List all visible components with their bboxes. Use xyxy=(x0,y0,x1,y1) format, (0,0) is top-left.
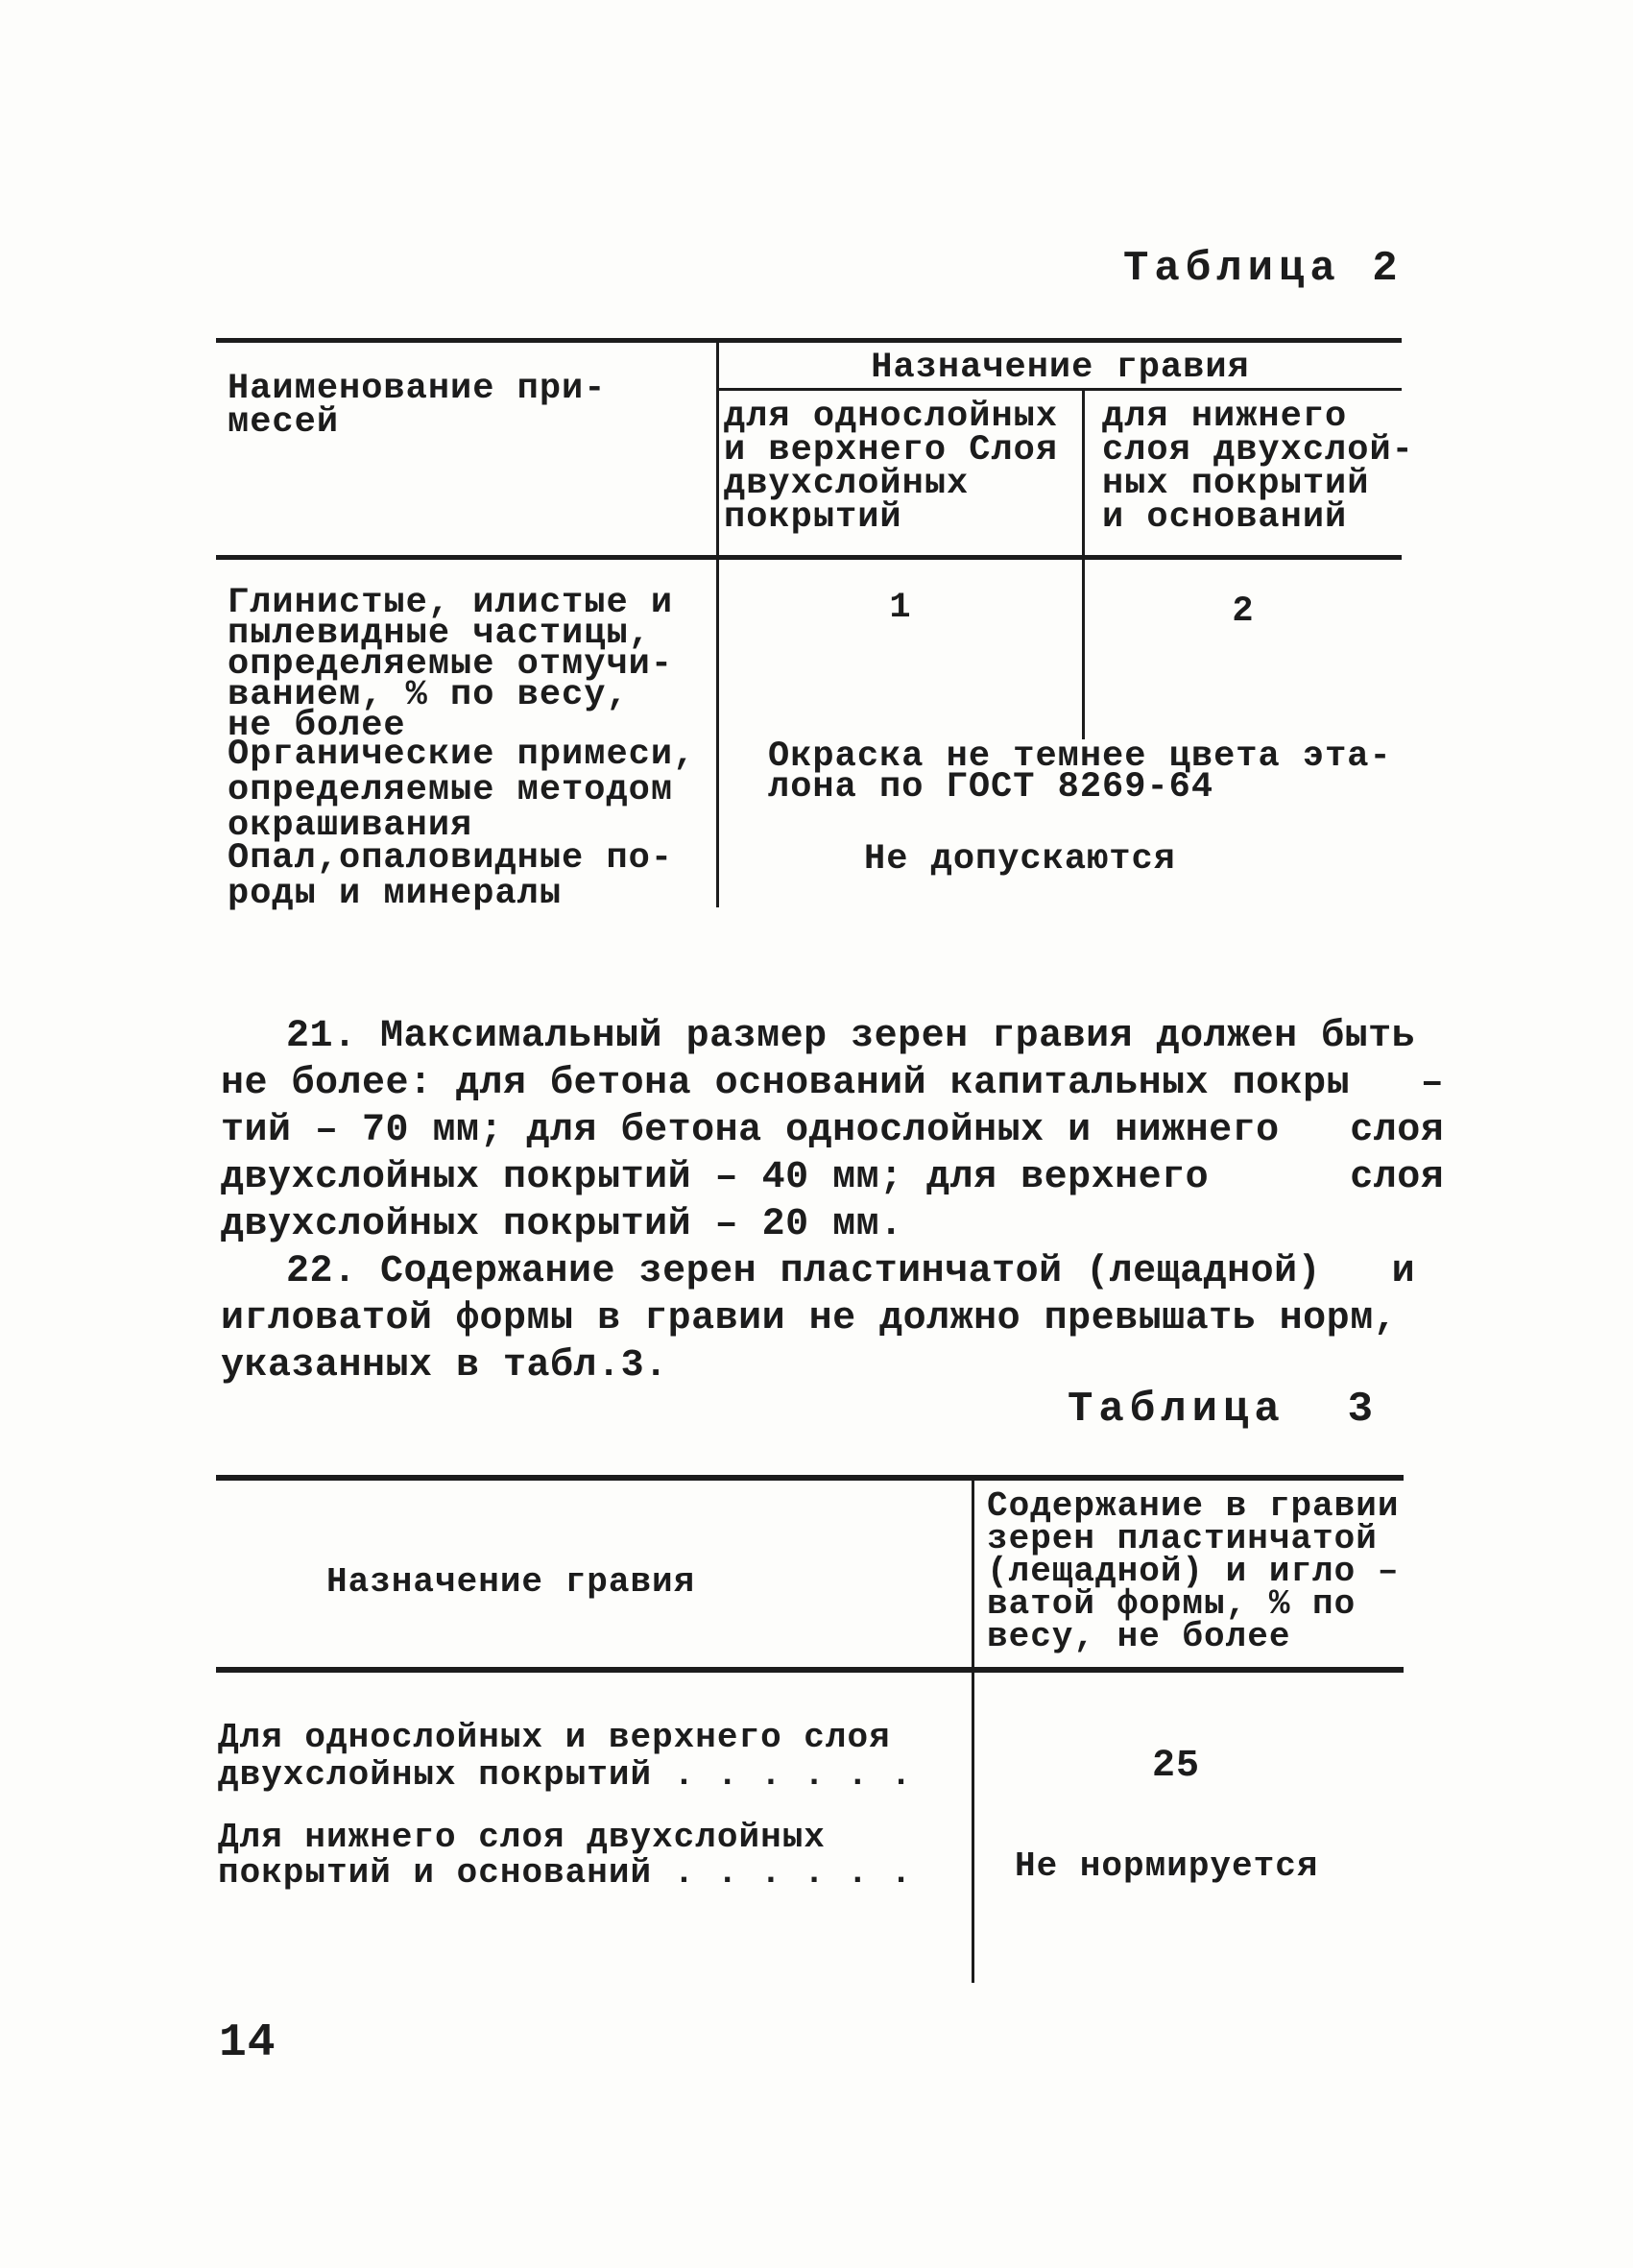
table2-group-header: Назначение гравия xyxy=(719,351,1402,385)
table2-row1-name: Глинистые, илистые и пылевидные частицы,… xyxy=(228,588,673,741)
table2-row1-value1: 1 xyxy=(719,591,1082,625)
table2-row3-name: Опал,опаловидные по- роды и минералы xyxy=(228,841,673,912)
table2-col1-header: Наименование при- месей xyxy=(228,373,606,440)
paragraph-22: 22. Содержание зерен пластинчатой (лещад… xyxy=(221,1248,1459,1389)
document-page: Таблица 2 Наименование при- месей Назнач… xyxy=(0,0,1633,2268)
table3-column-divider xyxy=(972,1475,974,1983)
page-number: 14 xyxy=(219,2020,276,2066)
table3-caption: Таблица 3 xyxy=(1068,1388,1379,1431)
table3-header-bottom-border xyxy=(216,1667,1404,1673)
table3-top-border xyxy=(216,1475,1404,1481)
table3-col2-header: Содержание в гравии зерен пластинчатой (… xyxy=(987,1490,1399,1653)
table2-subcolumn-divider xyxy=(1082,388,1085,739)
table3-row2-name: Для нижнего слоя двухслойных покрытий и … xyxy=(218,1820,912,1891)
table3-row1-value: 25 xyxy=(974,1749,1378,1784)
table3-row1-name: Для однослойных и верхнего слоя двухслой… xyxy=(218,1719,912,1794)
table2-row2-value: Окраска не темнее цвета эта- лона по ГОС… xyxy=(768,741,1392,803)
table2-subcol2-header: для нижнего слоя двухслой- ных покрытий … xyxy=(1102,400,1414,535)
table2-caption: Таблица 2 xyxy=(1123,248,1404,290)
table2-group-header-underline xyxy=(719,388,1402,391)
table2-row3-value: Не допускаются xyxy=(864,843,1176,877)
table2-row2-name: Органические примеси, определяемые метод… xyxy=(228,737,695,844)
table2-subcol1-header: для однослойных и верхнего Слоя двухслой… xyxy=(724,400,1058,535)
paragraph-21: 21. Максимальный размер зерен гравия дол… xyxy=(221,1013,1459,1248)
table2-header-bottom-border xyxy=(216,555,1402,560)
table2-top-border xyxy=(216,338,1402,343)
table3-row2-value: Не нормируется xyxy=(1015,1849,1318,1884)
table3-col1-header: Назначение гравия xyxy=(326,1565,695,1600)
table2-row1-value2: 2 xyxy=(1085,595,1402,629)
